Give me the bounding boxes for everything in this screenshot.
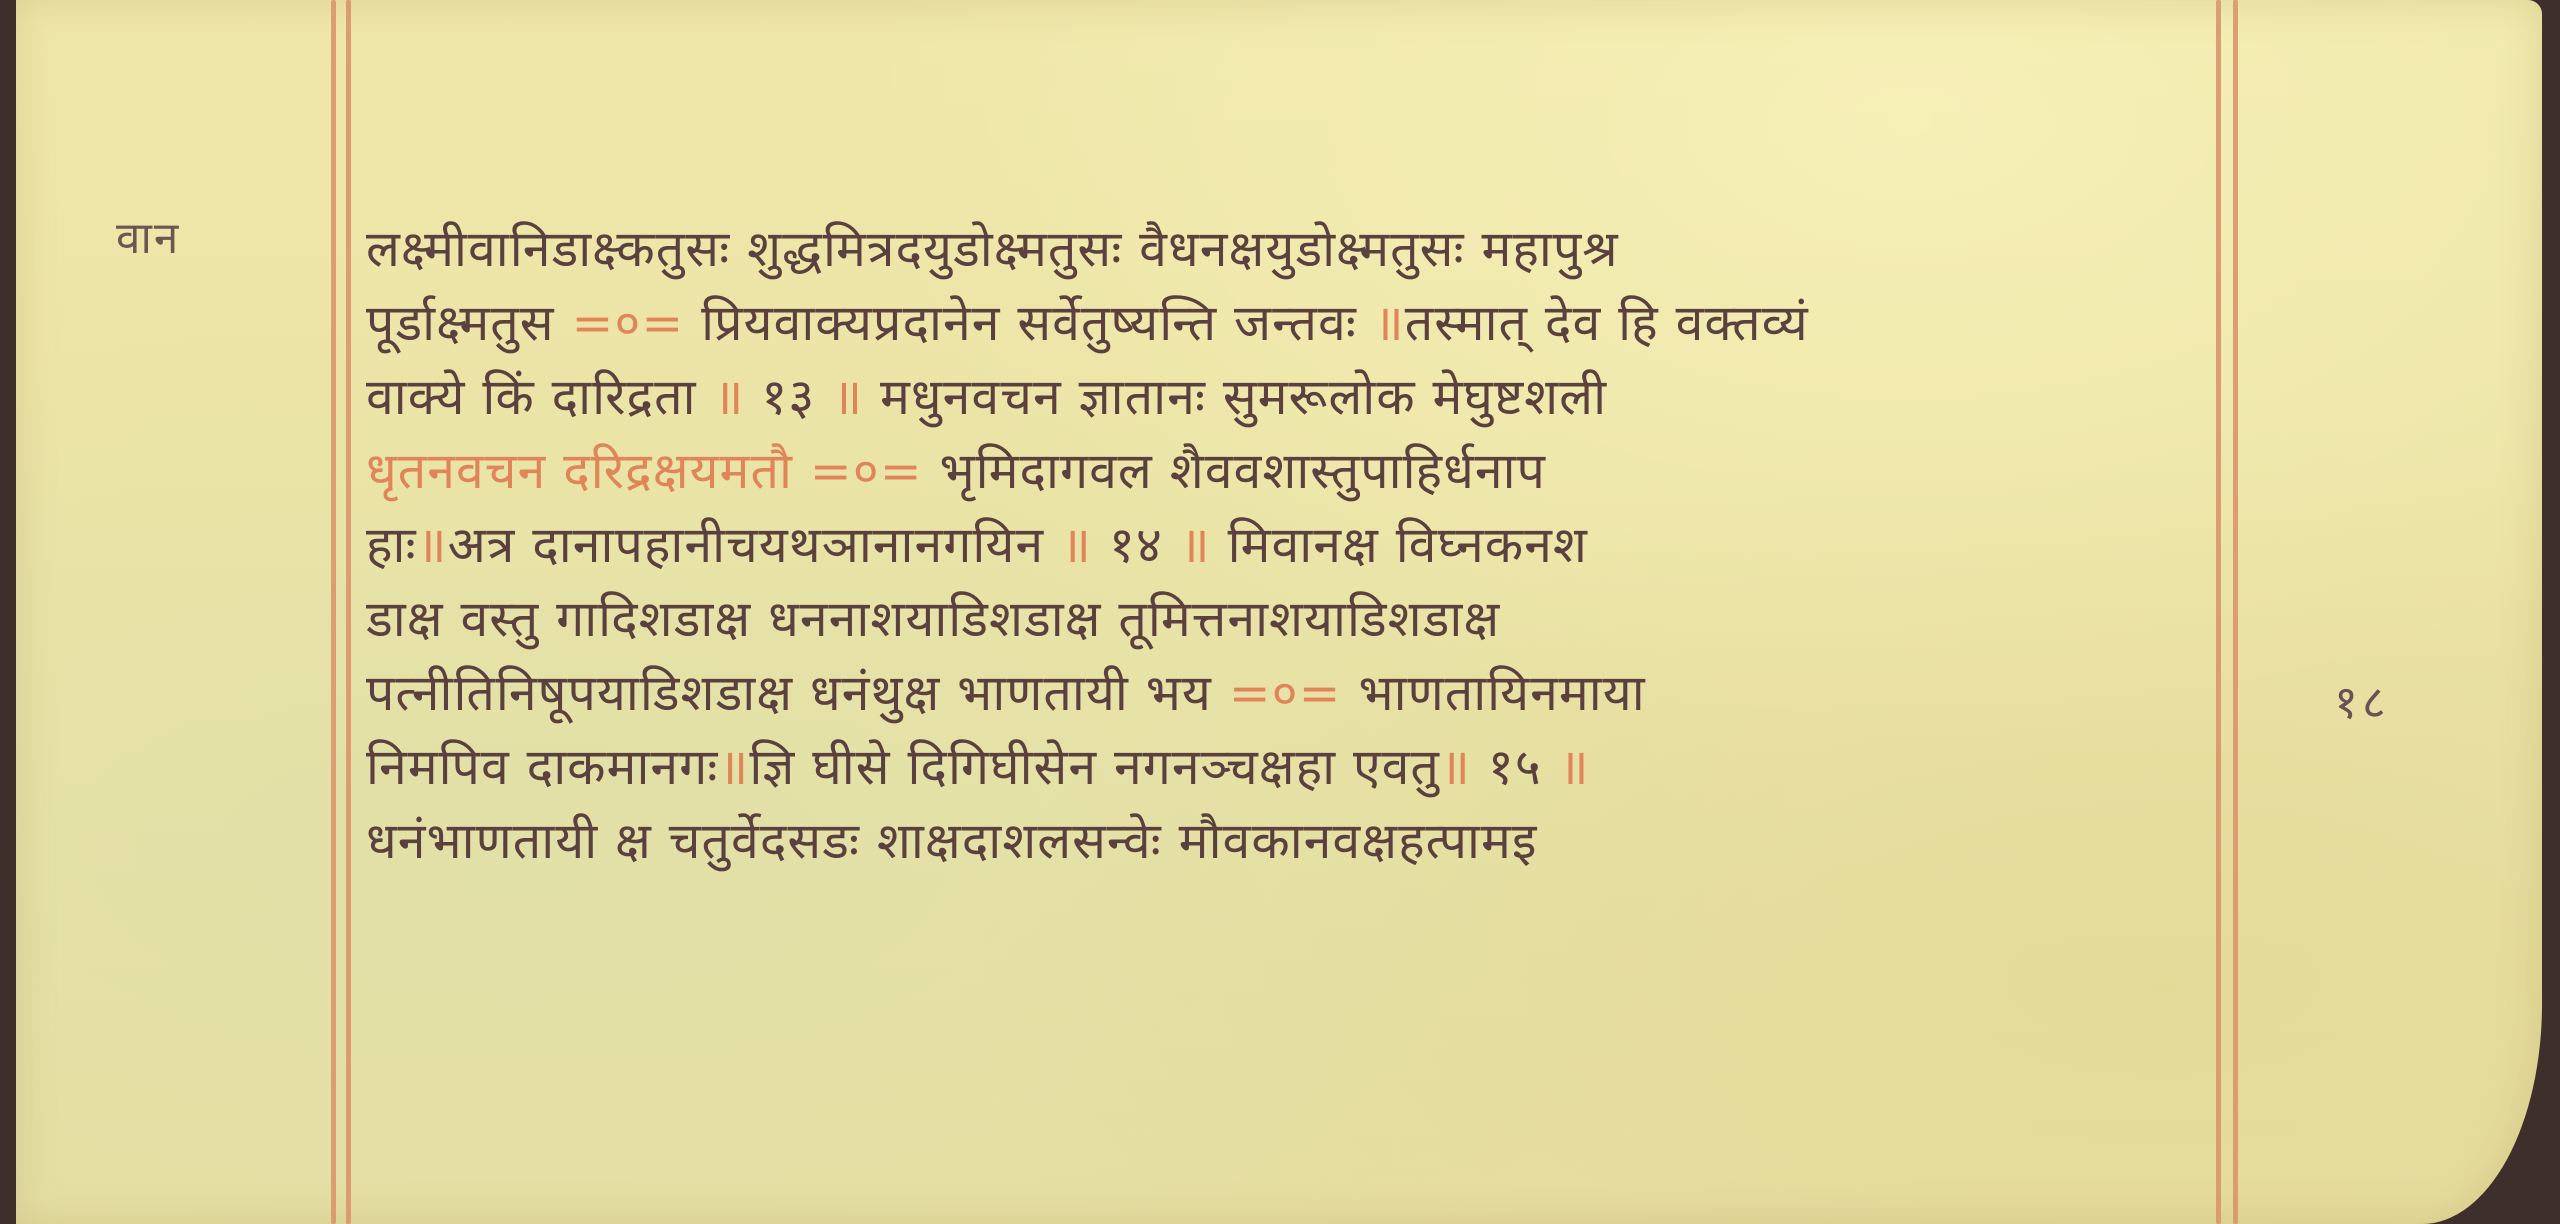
text-segment: प्रियवाक्यप्रदानेन सर्वेतुष्यन्ति जन्तवः (701, 294, 1374, 352)
text-block: लक्ष्मीवानिडाक्ष्कतुसः शुद्धमित्रदयुडोक्… (366, 212, 2236, 878)
rubric-segment: =०= (555, 294, 702, 352)
rubric-segment: धृतनवचन दरिद्रक्षयमतौ (366, 442, 793, 500)
text-segment: ज्ञि घीसे दिगिघीसेन नगनञ्चक्षहा एवतु (749, 738, 1440, 796)
text-segment: भृमिदागवल शैववशास्तुपाहिर्धनाप (939, 442, 1545, 500)
text-segment: १५ (1471, 738, 1559, 796)
text-segment: हाः (366, 516, 417, 574)
rubric-segment: ॥ (718, 738, 749, 796)
text-segment: निमपिव दाकमानगः (366, 738, 718, 796)
text-line-6: डाक्ष वस्तु गादिशडाक्ष धननाशयाडिशडाक्ष त… (366, 582, 2236, 656)
rubric-segment: ॥ (832, 368, 863, 426)
manuscript-folio: वान १८ लक्ष्मीवानिडाक्ष्कतुसः शुद्धमित्र… (16, 0, 2542, 1224)
text-line-5: हाः॥अत्र दानापहानीचयथञानानगयिन ॥ १४ ॥ मि… (366, 508, 2236, 582)
text-segment: डाक्ष वस्तु गादिशडाक्ष धननाशयाडिशडाक्ष त… (366, 590, 1500, 648)
text-line-1: लक्ष्मीवानिडाक्ष्कतुसः शुद्धमित्रदयुडोक्… (366, 212, 2236, 286)
text-segment: मधुनवचन ज्ञातानः सुमरूलोक मेघुष्टशली (863, 368, 1607, 426)
text-segment: भाणतायिनमाया (1358, 664, 1645, 722)
rubric-segment: ॥ (1061, 516, 1092, 574)
folio-number: १८ (2334, 670, 2390, 732)
rubric-segment: ॥ (1559, 738, 1590, 796)
text-segment: पत्नीतिनिषूपयाडिशडाक्ष धनंथुक्ष भाणतायी … (366, 664, 1212, 722)
text-segment: वाक्ये किं दारिद्रता (366, 368, 713, 426)
text-segment: मिवानक्ष विघ्नकनश (1211, 516, 1588, 574)
left-rule-outer (331, 0, 336, 1224)
rubric-segment: ॥ (713, 368, 744, 426)
text-line-7: पत्नीतिनिषूपयाडिशडाक्ष धनंथुक्ष भाणतायी … (366, 656, 2236, 730)
text-segment: १३ (744, 368, 832, 426)
text-line-8: निमपिव दाकमानगः॥ज्ञि घीसे दिगिघीसेन नगनञ… (366, 730, 2236, 804)
text-segment: अत्र दानापहानीचयथञानानगयिन (448, 516, 1061, 574)
text-line-3: वाक्ये किं दारिद्रता ॥ १३ ॥ मधुनवचन ज्ञा… (366, 360, 2236, 434)
left-rule-inner (346, 0, 351, 1224)
text-segment: लक्ष्मीवानिडाक्ष्कतुसः शुद्धमित्रदयुडोक्… (366, 220, 1619, 278)
text-segment: पूर्डाक्ष्मतुस (366, 294, 555, 352)
text-line-4: धृतनवचन दरिद्रक्षयमतौ =०= भृमिदागवल शैवव… (366, 434, 2236, 508)
left-margin-word: वान (116, 206, 180, 266)
rubric-segment: ॥ (417, 516, 448, 574)
rubric-segment: ॥ (1440, 738, 1471, 796)
text-segment: धनंभाणतायी क्ष चतुर्वेदसडः शाक्षदाशलसन्व… (366, 812, 1537, 870)
text-segment: १४ (1092, 516, 1180, 574)
rubric-segment: ॥ (1180, 516, 1211, 574)
rubric-segment: =०= (1212, 664, 1359, 722)
text-line-2: पूर्डाक्ष्मतुस =०= प्रियवाक्यप्रदानेन सर… (366, 286, 2236, 360)
text-segment: तस्मात् देव हि वक्तव्यं (1405, 294, 1809, 352)
text-line-9: धनंभाणतायी क्ष चतुर्वेदसडः शाक्षदाशलसन्व… (366, 804, 2236, 878)
rubric-segment: ॥ (1374, 294, 1405, 352)
rubric-segment: =०= (793, 442, 940, 500)
